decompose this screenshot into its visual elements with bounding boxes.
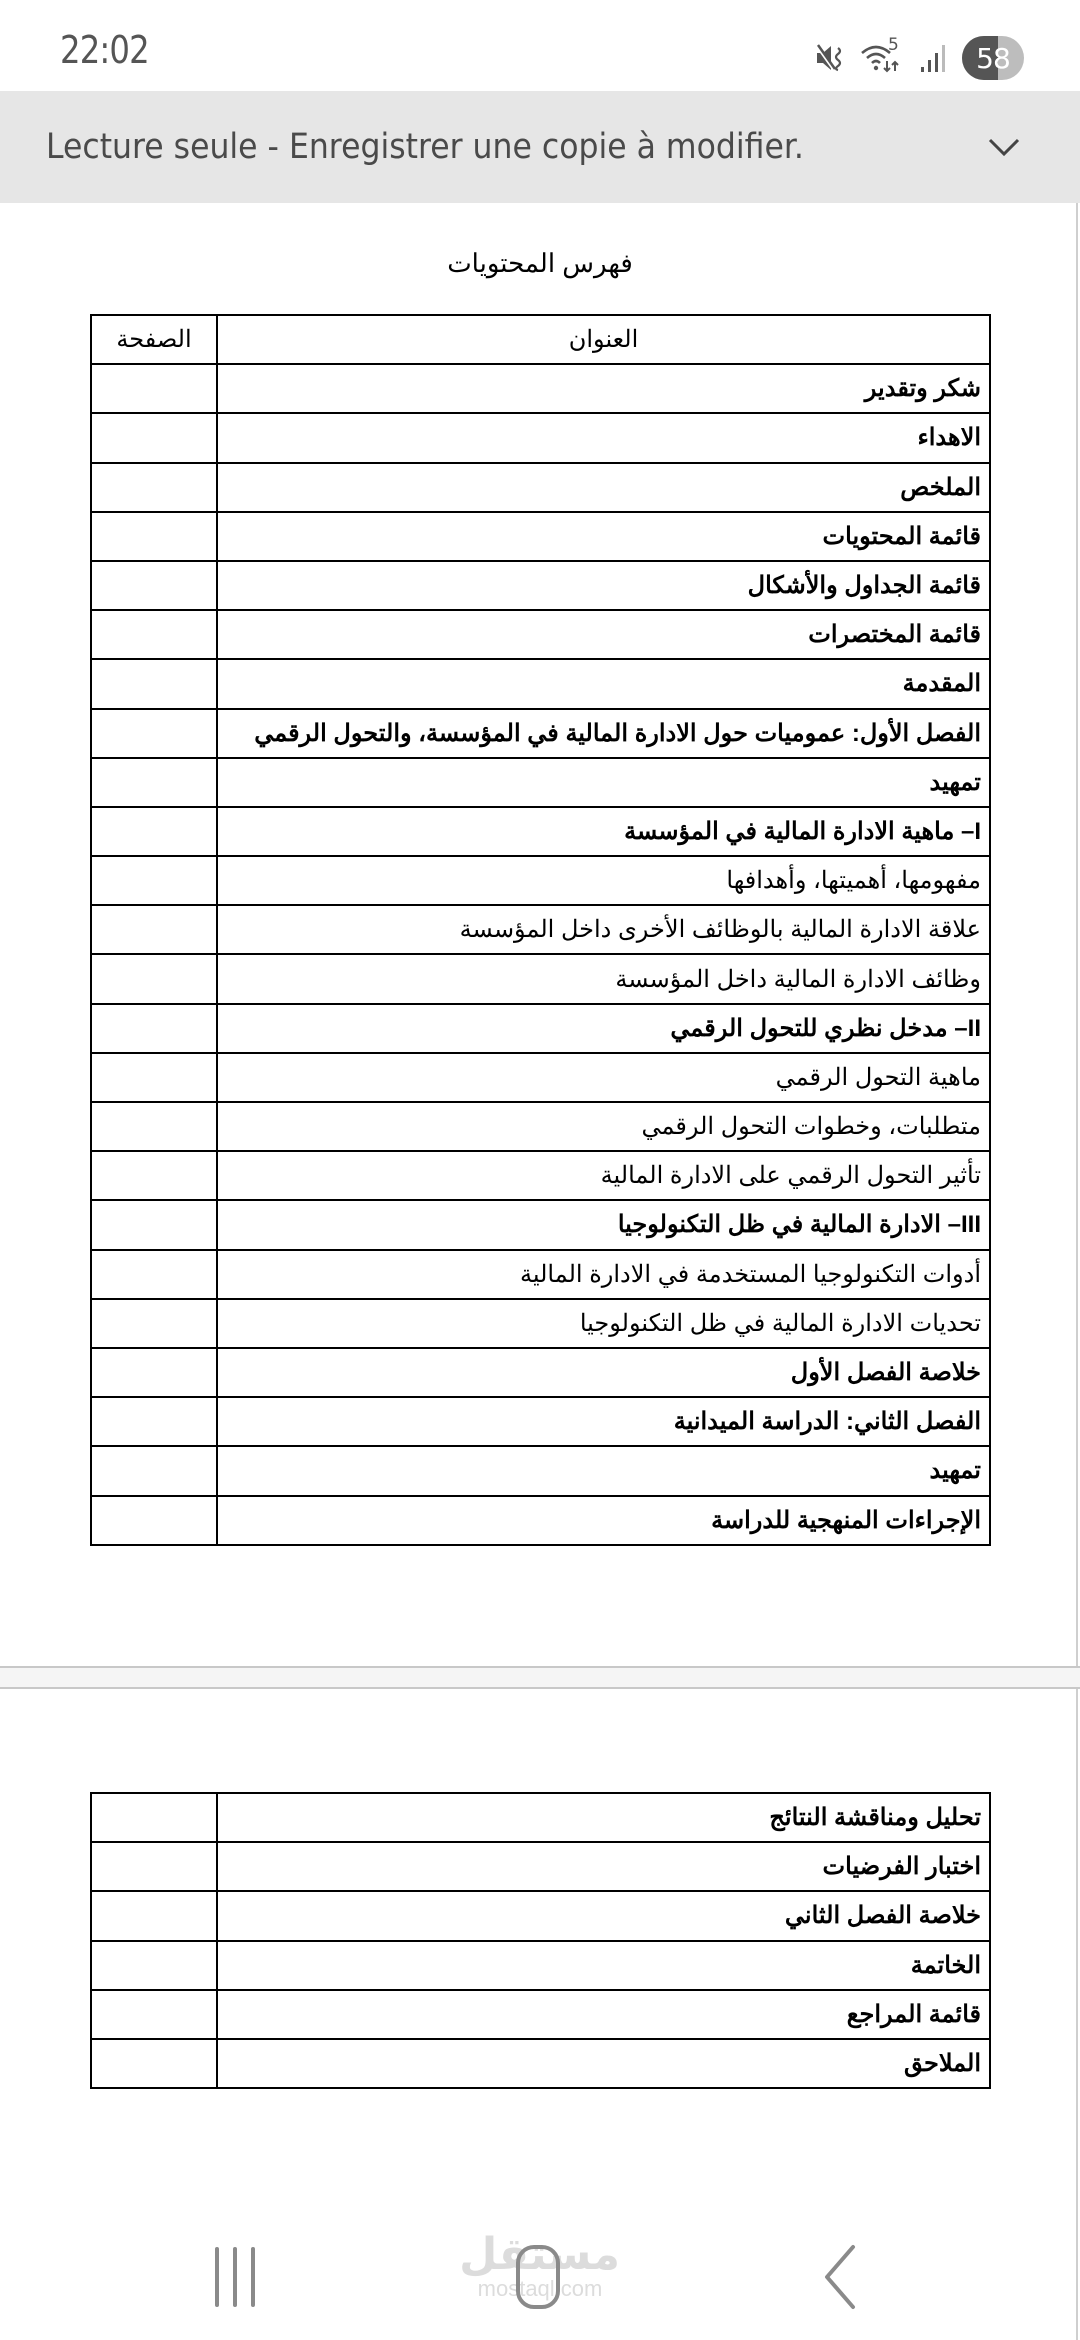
battery-level: 58 [962,36,1024,80]
toc-row-title: قائمة الجداول والأشكال [217,561,990,610]
toc-row-page [91,1200,217,1249]
toc-row-title: تأثير التحول الرقمي على الادارة المالية [217,1151,990,1200]
toc-row-page [91,512,217,561]
toc-row-title: تحليل ومناقشة النتائج [217,1793,990,1842]
toc-row-title: خلاصة الفصل الثاني [217,1891,990,1940]
toc-row-title: متطلبات، وخطوات التحول الرقمي [217,1102,990,1151]
toc-row: II– مدخل نظري للتحول الرقمي [91,1004,990,1053]
wifi-band-label: 5 [888,35,899,55]
toc-row-title: الفصل الأول: عموميات حول الادارة المالية… [217,709,990,758]
toc-row: I– ماهية الادارة المالية في المؤسسة [91,807,990,856]
toc-row-page [91,364,217,413]
toc-row-page [91,610,217,659]
toc-row-title: شكر وتقدير [217,364,990,413]
toc-row: الملاحق [91,2039,990,2088]
toc-title: فهرس المحتويات [90,248,990,279]
home-button[interactable] [503,2244,573,2314]
toc-row-title: علاقة الادارة المالية بالوظائف الأخرى دا… [217,905,990,954]
recents-icon [213,2246,257,2313]
toc-row-title: مفهومها، أهميتها، وأهدافها [217,856,990,905]
header-page: الصفحة [91,315,217,364]
toc-row: مفهومها، أهميتها، وأهدافها [91,856,990,905]
toc-table-continued: تحليل ومناقشة النتائجاختبار الفرضياتخلاص… [90,1792,991,2089]
toc-row: ماهية التحول الرقمي [91,1053,990,1102]
toc-row-title: I– ماهية الادارة المالية في المؤسسة [217,807,990,856]
toc-row-page [91,1250,217,1299]
toc-row-page [91,954,217,1003]
read-only-banner-text: Lecture seule - Enregistrer une copie à … [46,127,804,167]
toc-row: الخاتمة [91,1941,990,1990]
status-bar: 22:02 5 [0,0,1080,91]
toc-row: الفصل الأول: عموميات حول الادارة المالية… [91,709,990,758]
toc-row-title: قائمة المحتويات [217,512,990,561]
toc-header-row: العنوان الصفحة [91,315,990,364]
toc-row-page [91,1004,217,1053]
toc-row-title: III– الادارة المالية في ظل التكنولوجيا [217,1200,990,1249]
toc-row-page [91,1990,217,2039]
toc-row: علاقة الادارة المالية بالوظائف الأخرى دا… [91,905,990,954]
toc-table: العنوان الصفحة شكر وتقديرالاهداءالملخصقا… [90,314,991,1546]
toc-row: تحديات الادارة المالية في ظل التكنولوجيا [91,1299,990,1348]
toc-row: قائمة المراجع [91,1990,990,2039]
toc-row: تمهيد [91,758,990,807]
status-time: 22:02 [60,28,149,72]
toc-row-title: الاهداء [217,413,990,462]
toc-row: وظائف الادارة المالية داخل المؤسسة [91,954,990,1003]
toc-row: قائمة المختصرات [91,610,990,659]
home-icon [515,2244,561,2315]
toc-row: المقدمة [91,659,990,708]
toc-row-title: تمهيد [217,1446,990,1495]
toc-row-page [91,1842,217,1891]
navigation-bar [0,2200,1080,2340]
toc-row: اختبار الفرضيات [91,1842,990,1891]
toc-row-page [91,659,217,708]
recents-button[interactable] [200,2244,270,2314]
toc-row-page [91,856,217,905]
toc-row-page [91,1941,217,1990]
toc-row: قائمة الجداول والأشكال [91,561,990,610]
toc-row-page [91,413,217,462]
toc-row: تأثير التحول الرقمي على الادارة المالية [91,1151,990,1200]
signal-icon [920,43,948,73]
toc-row: أدوات التكنولوجيا المستخدمة في الادارة ا… [91,1250,990,1299]
toc-row-page [91,758,217,807]
toc-row-page [91,463,217,512]
document-page-1: فهرس المحتويات العنوان الصفحة شكر وتقدير… [0,203,1078,1666]
document-viewer[interactable]: فهرس المحتويات العنوان الصفحة شكر وتقدير… [0,203,1080,2340]
toc-row-page [91,561,217,610]
toc-row-title: أدوات التكنولوجيا المستخدمة في الادارة ا… [217,1250,990,1299]
toc-row: تمهيد [91,1446,990,1495]
toc-row: متطلبات، وخطوات التحول الرقمي [91,1102,990,1151]
toc-row-page [91,1397,217,1446]
toc-row-page [91,1446,217,1495]
battery-icon: 58 [962,36,1024,80]
toc-row: III– الادارة المالية في ظل التكنولوجيا [91,1200,990,1249]
toc-row-title: المقدمة [217,659,990,708]
toc-row: الإجراءات المنهجية للدراسة [91,1496,990,1545]
toc-row-title: خلاصة الفصل الأول [217,1348,990,1397]
toc-row: الاهداء [91,413,990,462]
toc-row: الملخص [91,463,990,512]
wifi-5-icon: 5 [860,41,906,75]
toc-row-title: الخاتمة [217,1941,990,1990]
toc-row-page [91,1151,217,1200]
back-button[interactable] [805,2244,875,2314]
mute-vibrate-icon [814,42,846,74]
toc-row-title: II– مدخل نظري للتحول الرقمي [217,1004,990,1053]
toc-row-title: الإجراءات المنهجية للدراسة [217,1496,990,1545]
toc-row-page [91,709,217,758]
toc-row: تحليل ومناقشة النتائج [91,1793,990,1842]
toc-row: خلاصة الفصل الأول [91,1348,990,1397]
toc-row-title: الملاحق [217,2039,990,2088]
toc-row-page [91,2039,217,2088]
toc-row-title: اختبار الفرضيات [217,1842,990,1891]
back-icon [822,2244,858,2315]
toc-row-title: تحديات الادارة المالية في ظل التكنولوجيا [217,1299,990,1348]
toc-row-title: الفصل الثاني: الدراسة الميدانية [217,1397,990,1446]
toc-row-page [91,1793,217,1842]
toc-row-page [91,1299,217,1348]
toc-row-title: تمهيد [217,758,990,807]
toc-row-page [91,807,217,856]
toc-row-title: ماهية التحول الرقمي [217,1053,990,1102]
header-title: العنوان [217,315,990,364]
toc-row: الفصل الثاني: الدراسة الميدانية [91,1397,990,1446]
page-separator [0,1666,1080,1689]
toc-row-title: قائمة المختصرات [217,610,990,659]
toc-row: قائمة المحتويات [91,512,990,561]
toc-row-title: وظائف الادارة المالية داخل المؤسسة [217,954,990,1003]
toc-row-page [91,1053,217,1102]
toc-row-title: قائمة المراجع [217,1990,990,2039]
toc-row-title: الملخص [217,463,990,512]
toc-row-page [91,1891,217,1940]
toc-row-page [91,905,217,954]
read-only-banner[interactable]: Lecture seule - Enregistrer une copie à … [0,91,1080,203]
toc-row-page [91,1348,217,1397]
toc-row-page [91,1102,217,1151]
toc-row-page [91,1496,217,1545]
toc-row: شكر وتقدير [91,364,990,413]
status-icons: 5 58 [814,36,1024,80]
toc-row: خلاصة الفصل الثاني [91,1891,990,1940]
chevron-down-icon[interactable] [984,127,1024,167]
